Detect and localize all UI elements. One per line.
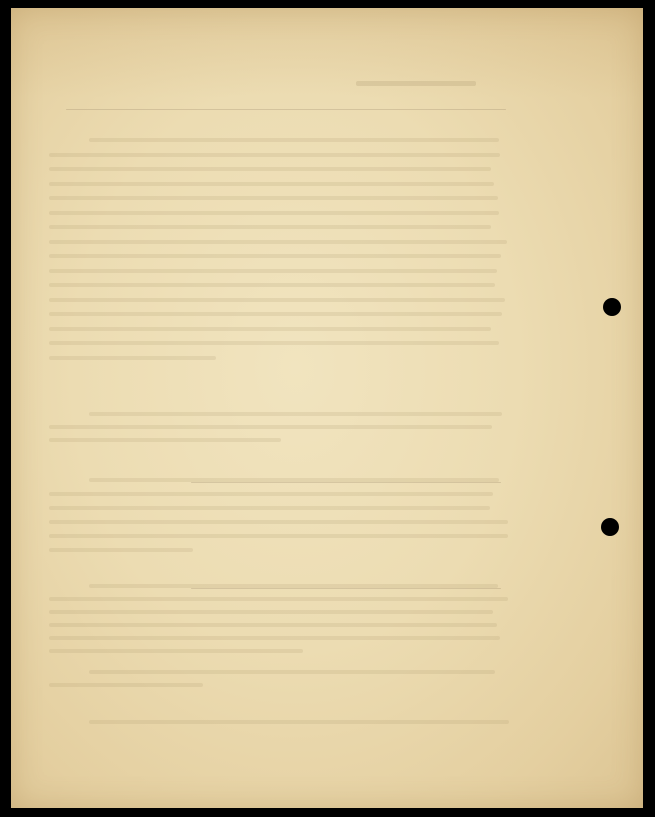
ghost-text-line [49, 269, 497, 273]
ghost-text-line [49, 623, 497, 627]
ghost-text-line [49, 225, 491, 229]
ghost-text-line [49, 196, 498, 200]
ghost-text-line [191, 588, 501, 589]
ghost-text-line [49, 153, 500, 157]
ghost-text-line [49, 356, 216, 360]
ghost-text-line [49, 492, 493, 496]
ghost-text-line [49, 254, 501, 258]
ghost-text-line [49, 341, 499, 345]
ghost-text-line [49, 211, 499, 215]
ghost-text-line [66, 109, 506, 110]
ghost-text-line [89, 670, 495, 674]
ghost-text-line [49, 534, 508, 538]
ghost-text-line [49, 548, 193, 552]
ghost-text-line [191, 482, 501, 483]
ghost-text-line [49, 327, 491, 331]
punch-hole-lower [601, 518, 619, 536]
ghost-text-line [49, 636, 500, 640]
ghost-text-line [49, 506, 490, 510]
scanned-page [11, 8, 643, 808]
ghost-text-line [49, 649, 303, 653]
ghost-text-line [89, 412, 502, 416]
ghost-text-line [49, 438, 281, 442]
ghost-text-line [356, 81, 476, 86]
ghost-text-line [49, 182, 494, 186]
ghost-text-line [49, 520, 508, 524]
ghost-text-line [49, 425, 492, 429]
punch-hole-upper [603, 298, 621, 316]
ghost-text-line [49, 167, 491, 171]
ghost-text-line [49, 283, 495, 287]
ghost-text-line [49, 312, 502, 316]
ghost-text-line [49, 298, 505, 302]
ghost-text-line [89, 138, 499, 142]
ghost-text-line [49, 597, 508, 601]
ghost-text-line [49, 610, 493, 614]
ghost-text-line [89, 720, 509, 724]
ghost-text-line [49, 240, 507, 244]
ghost-text-line [49, 683, 203, 687]
